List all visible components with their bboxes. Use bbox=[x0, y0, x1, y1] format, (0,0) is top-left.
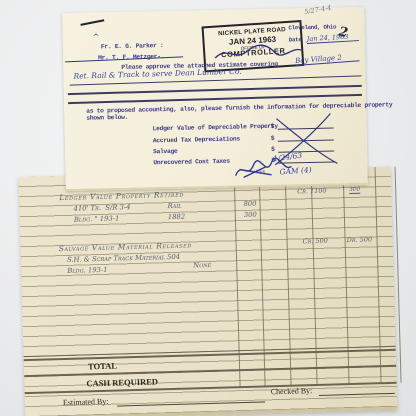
ledger-entry-item: Rail bbox=[167, 202, 181, 210]
estimated-by-label: Estimated By: bbox=[63, 397, 109, 407]
checked-by-line bbox=[319, 393, 395, 396]
ledger-entry-credit: Cr. 500 bbox=[302, 237, 327, 246]
cash-rule bbox=[25, 382, 397, 394]
field-label-accrued-tax: Accrued Tax Depreciations bbox=[153, 135, 240, 144]
description-value: Ret. Rail & Track to serve Dean Lumber C… bbox=[73, 67, 241, 81]
ledger-entry-debit: Dr. 500 bbox=[346, 235, 372, 244]
date-value: Jan 24, 1963 bbox=[307, 32, 359, 44]
ledger-entry-amount: None bbox=[193, 261, 211, 270]
cash-required-label: CASH REQUIRED bbox=[86, 376, 158, 388]
field-label-salvage: Salvage bbox=[153, 148, 178, 156]
note-line2: shown below. bbox=[86, 114, 128, 122]
pen-stray-mark bbox=[80, 19, 104, 26]
pencil-file-note: 5/27-4-4 bbox=[304, 4, 332, 16]
from-line: Fr. E. G. Parker : bbox=[101, 42, 164, 50]
checked-by-label: Checked By: bbox=[271, 386, 313, 396]
ledger-entry-desc: Bldg. 193-1 bbox=[67, 266, 107, 275]
memo-rule bbox=[68, 85, 362, 95]
approval-initials: GAM (4) bbox=[279, 165, 312, 176]
ledger-entry-amount: 800 bbox=[243, 200, 256, 208]
note-line1: as to proposed accounting, also, please … bbox=[86, 101, 392, 114]
field-label-unrecovered-cost: Unrecovered Cost Taxes bbox=[153, 158, 230, 167]
ledger-sheet: Ledger Value Property Retired Cr. 1100 8… bbox=[19, 167, 398, 416]
ledger-entry-credit: Cr. 1100 bbox=[297, 187, 327, 196]
ledger-entry-debit-bottom: 300 bbox=[349, 187, 360, 194]
approve-value: Bay Village 2 bbox=[295, 52, 359, 66]
approval-stamp-name: Hays bbox=[253, 169, 265, 175]
ledger-entry-desc: Salvage Value Material Released bbox=[59, 240, 193, 253]
ledger-entry-desc: S.H. & Scrap Track Material 504 bbox=[67, 253, 180, 264]
ledger-entry-item: 1882 bbox=[168, 213, 186, 221]
estimated-by-line bbox=[117, 401, 265, 406]
ledger-entry-amount: 300 bbox=[244, 211, 257, 219]
ledger-entry-desc: 410' Tr. S/R 3-4 bbox=[73, 203, 130, 213]
ledger-entry-desc: Bldg. " 193-1 bbox=[74, 214, 120, 223]
field-label-ledger-value: Ledger Value of Depreciable Property bbox=[153, 123, 278, 133]
ledger-entry-desc: Ledger Value Property Retired bbox=[59, 190, 184, 202]
total-rule bbox=[24, 365, 396, 377]
memo-sheet: ^ 5/27-4-4 Cleveland, Ohio 2 Date Jan 24… bbox=[62, 7, 368, 191]
total-label: TOTAL bbox=[88, 361, 117, 372]
